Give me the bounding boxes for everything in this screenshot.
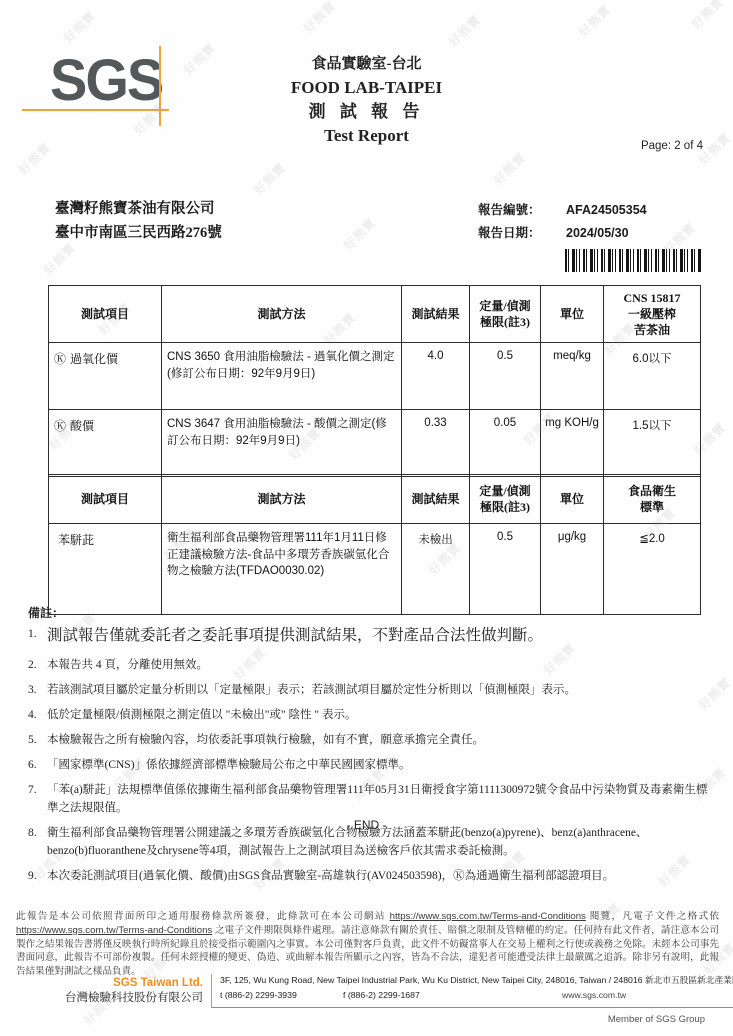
table-row: Ⓚ過氧化價 CNS 3650 食用油脂檢驗法 - 過氧化價之測定(修訂公布日期：… bbox=[49, 343, 701, 410]
standard-value: 6.0以下 bbox=[604, 343, 701, 410]
standard-value: ≦2.0 bbox=[604, 524, 701, 615]
report-date-value: 2024/05/30 bbox=[566, 222, 629, 245]
report-number-value: AFA24505354 bbox=[566, 199, 647, 222]
detection-limit: 0.05 bbox=[470, 410, 541, 477]
test-method: CNS 3650 食用油脂檢驗法 - 過氧化價之測定(修訂公布日期：92年9月9… bbox=[162, 343, 402, 410]
col-header-test-method: 測試方法 bbox=[162, 475, 402, 524]
notes-section: 備註： 1.測試報告僅就委託者之委託事項提供測試結果，不對產品合法性做判斷。 2… bbox=[28, 604, 710, 892]
test-result: 未檢出 bbox=[402, 524, 470, 615]
report-meta: 報告編號： AFA24505354 報告日期： 2024/05/30 bbox=[478, 199, 647, 245]
test-method: 衛生福利部食品藥物管理署111年1月11日修正建議檢驗方法-食品中多環芳香族碳氫… bbox=[162, 524, 402, 615]
standard-value: 1.5以下 bbox=[604, 410, 701, 477]
footer-website[interactable]: www.sgs.com.tw bbox=[562, 990, 626, 1000]
page-number: Page: 2 of 4 bbox=[641, 140, 703, 152]
footer-company-block: SGS Taiwan Ltd. 台灣檢驗科技股份有限公司 3F, 125, Wu… bbox=[0, 974, 733, 1008]
report-title-zh: 測 試 報 告 bbox=[0, 100, 733, 124]
legal-disclaimer: 此報告是本公司依照背面所印之通用服務條款所簽發，此條款可在本公司網站 https… bbox=[16, 910, 719, 979]
report-number-label: 報告編號： bbox=[478, 199, 566, 222]
col-header-test-item: 測試項目 bbox=[49, 475, 162, 524]
client-address: 臺中市南區三民西路276號 bbox=[55, 221, 222, 245]
detection-limit: 0.5 bbox=[470, 524, 541, 615]
col-header-detection-limit: 定量/偵測 極限(註3) bbox=[470, 475, 541, 524]
report-title-en: Test Report bbox=[0, 124, 733, 148]
note-item: 1.測試報告僅就委託者之委託事項提供測試結果，不對產品合法性做判斷。 bbox=[28, 625, 710, 647]
note-item: 6.「國家標準(CNS)」係依據經濟部標準檢驗局公布之中華民國國家標準。 bbox=[28, 756, 710, 774]
watermark: 好熊寶 bbox=[445, 11, 485, 51]
report-date-label: 報告日期： bbox=[478, 222, 566, 245]
watermark: 好熊寶 bbox=[250, 159, 290, 199]
table-row: Ⓚ酸價 CNS 3647 食用油脂檢驗法 - 酸價之測定(修訂公布日期：92年9… bbox=[49, 410, 701, 477]
test-results-table-pah: 測試項目 測試方法 測試結果 定量/偵測 極限(註3) 單位 食品衛生 標準 苯… bbox=[48, 474, 701, 615]
watermark: 好熊寶 bbox=[575, 1, 615, 41]
footer-company-en: SGS Taiwan Ltd. bbox=[0, 976, 203, 990]
note-item: 3.若該測試項目屬於定量分析則以「定量極限」表示；若該測試項目屬於定性分析則以「… bbox=[28, 681, 710, 699]
lab-title-zh: 食品實驗室-台北 bbox=[0, 52, 733, 76]
report-title-block: 食品實驗室-台北 FOOD LAB-TAIPEI 測 試 報 告 Test Re… bbox=[0, 52, 733, 148]
watermark: 好熊寶 bbox=[300, 0, 340, 36]
terms-link[interactable]: https://www.sgs.com.tw/Terms-and-Conditi… bbox=[16, 925, 212, 936]
note-item: 2.本報告共 4 頁，分離使用無效。 bbox=[28, 656, 710, 674]
certification-mark: Ⓚ bbox=[54, 352, 66, 366]
note-item: 4.低於定量極限/偵測極限之測定值以 "未檢出"或" 陰性 " 表示。 bbox=[28, 706, 710, 724]
watermark: 好熊寶 bbox=[340, 214, 380, 254]
table-row: 苯駢茈 衛生福利部食品藥物管理署111年1月11日修正建議檢驗方法-食品中多環芳… bbox=[49, 524, 701, 615]
test-method: CNS 3647 食用油脂檢驗法 - 酸價之測定(修訂公布日期：92年9月9日) bbox=[162, 410, 402, 477]
col-header-test-result: 測試結果 bbox=[402, 286, 470, 343]
client-block: 臺灣籽熊寶茶油有限公司 臺中市南區三民西路276號 bbox=[55, 197, 222, 245]
col-header-detection-limit: 定量/偵測 極限(註3) bbox=[470, 286, 541, 343]
col-header-test-method: 測試方法 bbox=[162, 286, 402, 343]
test-item-name: 苯駢茈 bbox=[58, 533, 94, 547]
certification-mark: Ⓚ bbox=[54, 419, 66, 433]
unit: mg KOH/g bbox=[541, 410, 604, 477]
end-marker: - END - bbox=[0, 818, 733, 832]
col-header-test-result: 測試結果 bbox=[402, 475, 470, 524]
col-header-standard: 食品衛生 標準 bbox=[604, 475, 701, 524]
unit: μg/kg bbox=[541, 524, 604, 615]
note-item: 9.本次委託測試項目(過氧化價、酸價)由SGS食品實驗室-高雄執行(AV0245… bbox=[28, 867, 710, 885]
col-header-test-item: 測試項目 bbox=[49, 286, 162, 343]
client-name: 臺灣籽熊寶茶油有限公司 bbox=[55, 197, 222, 221]
table-header-row: 測試項目 測試方法 測試結果 定量/偵測 極限(註3) 單位 CNS 15817… bbox=[49, 286, 701, 343]
notes-label: 備註： bbox=[28, 604, 710, 621]
note-item: 5.本檢驗報告之所有檢驗內容，均依委託事項執行檢驗，如有不實，願意承擔完全責任。 bbox=[28, 731, 710, 749]
detection-limit: 0.5 bbox=[470, 343, 541, 410]
test-result: 4.0 bbox=[402, 343, 470, 410]
footer-phone: t (886-2) 2299-3939 bbox=[220, 990, 297, 1000]
test-result: 0.33 bbox=[402, 410, 470, 477]
watermark: 好熊寶 bbox=[60, 7, 100, 47]
member-of-sgs-group: Member of SGS Group bbox=[608, 1014, 705, 1025]
test-item-name: 酸價 bbox=[70, 419, 94, 433]
col-header-unit: 單位 bbox=[541, 286, 604, 343]
test-results-table-oil: 測試項目 測試方法 測試結果 定量/偵測 極限(註3) 單位 CNS 15817… bbox=[48, 285, 701, 477]
table-header-row: 測試項目 測試方法 測試結果 定量/偵測 極限(註3) 單位 食品衛生 標準 bbox=[49, 475, 701, 524]
col-header-unit: 單位 bbox=[541, 475, 604, 524]
unit: meq/kg bbox=[541, 343, 604, 410]
footer-company-zh: 台灣檢驗科技股份有限公司 bbox=[0, 990, 203, 1006]
report-barcode bbox=[565, 249, 701, 272]
lab-title-en: FOOD LAB-TAIPEI bbox=[0, 76, 733, 100]
col-header-standard: CNS 15817 一級壓榨 苦茶油 bbox=[604, 286, 701, 343]
footer-fax: f (886-2) 2299-1687 bbox=[343, 990, 420, 1000]
footer-address: 3F, 125, Wu Kung Road, New Taipei Indust… bbox=[220, 974, 733, 986]
note-item: 7.「苯(a)駢茈」法規標準值係依據衛生福利部食品藥物管理署111年05月31日… bbox=[28, 781, 710, 817]
watermark: 好熊寶 bbox=[688, 0, 728, 32]
watermark: 好熊寶 bbox=[490, 149, 530, 189]
test-item-name: 過氧化價 bbox=[70, 352, 118, 366]
terms-link[interactable]: https://www.sgs.com.tw/Terms-and-Conditi… bbox=[390, 911, 586, 922]
